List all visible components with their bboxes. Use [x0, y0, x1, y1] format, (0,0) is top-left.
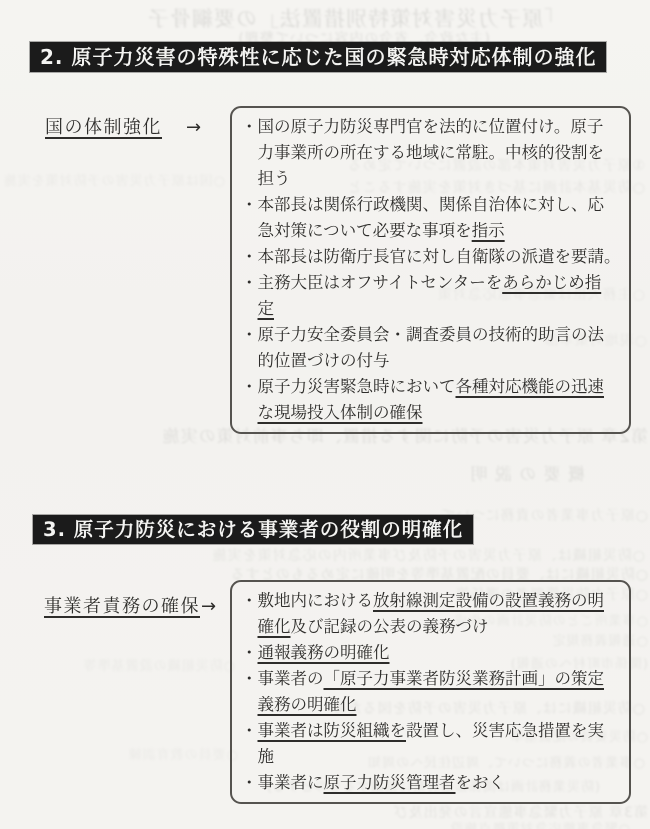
bullet-line: ・事業者の「原子力事業者防災業務計画」の策定	[241, 666, 623, 692]
text-segment: 本部長は関係行政機関、関係自治体に対し、応	[258, 195, 605, 214]
underlined-text: 指示	[472, 221, 505, 240]
underlined-text: 事業者は防災組織を	[258, 721, 407, 740]
bullet-line: ・事業者は防災組織を設置し、災害応急措置を実	[241, 718, 623, 744]
underlined-text: 各種対応機能の迅速	[456, 377, 605, 396]
section-2-heading-bar: 2. 原子力災害の特殊性に応じた国の緊急時対応体制の強化	[30, 42, 606, 72]
text-segment: 主務大臣はオフサイトセンターを	[258, 273, 503, 292]
text-segment: 原子力安全委員会・調査委員の技術的助言の法	[258, 325, 605, 344]
bullet-marker: ・	[241, 325, 258, 344]
text-segment: 事業者の	[258, 669, 324, 688]
bullet-item: ・事業者は防災組織を設置し、災害応急措置を実施	[241, 718, 623, 770]
section-2-side-label: 国の体制強化→	[45, 113, 203, 139]
bullet-line-continued: 担う	[241, 166, 623, 192]
bullet-marker: ・	[241, 195, 258, 214]
bullet-item: ・原子力安全委員会・調査委員の技術的助言の法的位置づけの付与	[241, 322, 623, 374]
bullet-marker: ・	[241, 377, 258, 396]
underlined-text: あらかじめ指	[502, 273, 601, 292]
text-segment: 的位置づけの付与	[258, 351, 390, 370]
bullet-line-continued: 定	[241, 296, 623, 322]
section-2-heading-text: 2. 原子力災害の特殊性に応じた国の緊急時対応体制の強化	[40, 45, 596, 69]
underlined-text: 定	[258, 299, 275, 318]
bullet-item: ・敷地内における放射線測定設備の設置義務の明確化及び記録の公表の義務づけ	[241, 588, 623, 640]
underlined-text: 義務の明確化	[258, 695, 357, 714]
text-segment: 国の原子力防災専門官を法的に位置付け。原子	[258, 117, 604, 136]
bullet-line-continued: な現場投入体制の確保	[241, 400, 623, 426]
bullet-marker: ・	[241, 643, 258, 662]
section-3-side-label: 事業者責務の確保→	[44, 592, 218, 618]
bullet-list: ・敷地内における放射線測定設備の設置義務の明確化及び記録の公表の義務づけ・通報義…	[241, 588, 623, 796]
bullet-line-continued: 的位置づけの付与	[241, 348, 623, 374]
text-segment: 事業者に	[258, 773, 324, 792]
underlined-text: な現場投入体制の確保	[258, 403, 423, 422]
bullet-item: ・事業者の「原子力事業者防災業務計画」の策定義務の明確化	[241, 666, 623, 718]
bullet-line: ・本部長は関係行政機関、関係自治体に対し、応	[241, 192, 623, 218]
bullet-line: ・原子力災害緊急時において各種対応機能の迅速	[241, 374, 623, 400]
side-label-text: 国の体制強化	[45, 117, 162, 138]
document-content: 2. 原子力災害の特殊性に応じた国の緊急時対応体制の強化 国の体制強化→ ・国の…	[0, 0, 650, 829]
underlined-text: 確化	[258, 617, 291, 636]
underlined-text: 放射線測定設備の設置義務の明	[373, 591, 604, 610]
section-2-content-box: ・国の原子力防災専門官を法的に位置付け。原子力事業所の所在する地域に常駐。中核的…	[230, 106, 631, 434]
text-segment: 施	[258, 747, 275, 766]
bullet-line-continued: 施	[241, 744, 623, 770]
text-segment: 原子力災害緊急時において	[258, 377, 456, 396]
bullet-item: ・本部長は防衛庁長官に対し自衛隊の派遣を要請。	[241, 244, 623, 270]
text-segment: 敷地内における	[258, 591, 374, 610]
bullet-line: ・国の原子力防災専門官を法的に位置付け。原子	[241, 114, 623, 140]
text-segment: 急対策について必要な事項を	[258, 221, 472, 240]
text-segment: 本部長は防衛庁長官に対し自衛隊の派遣を要請。	[258, 247, 621, 266]
bullet-marker: ・	[241, 721, 258, 740]
bullet-marker: ・	[241, 247, 258, 266]
text-segment: 力事業所の所在する地域に常駐。中核的役割を	[258, 143, 605, 162]
bullet-line-continued: 義務の明確化	[241, 692, 623, 718]
bullet-item: ・原子力災害緊急時において各種対応機能の迅速な現場投入体制の確保	[241, 374, 623, 426]
underlined-text: 原子力防災管理者	[324, 773, 456, 792]
bullet-list: ・国の原子力防災専門官を法的に位置付け。原子力事業所の所在する地域に常駐。中核的…	[241, 114, 623, 426]
side-label-text: 事業者責務の確保	[44, 596, 200, 617]
text-segment: 担う	[258, 169, 291, 188]
section-3-heading-text: 3. 原子力防災における事業者の役割の明確化	[43, 518, 463, 541]
bullet-item: ・本部長は関係行政機関、関係自治体に対し、応急対策について必要な事項を指示	[241, 192, 623, 244]
section-3-content-box: ・敷地内における放射線測定設備の設置義務の明確化及び記録の公表の義務づけ・通報義…	[230, 580, 631, 804]
section-3-heading-bar: 3. 原子力防災における事業者の役割の明確化	[33, 515, 473, 544]
bullet-marker: ・	[241, 773, 258, 792]
text-segment: をおく	[456, 773, 506, 792]
underlined-text: 「原子力事業者防災業務計画」の策定	[324, 669, 605, 688]
right-arrow-icon: →	[186, 117, 203, 138]
bullet-item: ・国の原子力防災専門官を法的に位置付け。原子力事業所の所在する地域に常駐。中核的…	[241, 114, 623, 192]
bullet-item: ・通報義務の明確化	[241, 640, 623, 666]
bullet-marker: ・	[241, 273, 258, 292]
bullet-line: ・本部長は防衛庁長官に対し自衛隊の派遣を要請。	[241, 244, 623, 270]
bullet-marker: ・	[241, 591, 258, 610]
bullet-item: ・事業者に原子力防災管理者をおく	[241, 770, 623, 796]
bullet-line-continued: 急対策について必要な事項を指示	[241, 218, 623, 244]
bullet-line: ・敷地内における放射線測定設備の設置義務の明	[241, 588, 623, 614]
bullet-line: ・通報義務の明確化	[241, 640, 623, 666]
bullet-item: ・主務大臣はオフサイトセンターをあらかじめ指定	[241, 270, 623, 322]
right-arrow-icon: →	[201, 596, 218, 617]
text-segment: 設置し、災害応急措置を実	[406, 721, 604, 740]
underlined-text: 通報義務の明確化	[258, 643, 390, 662]
bullet-line-continued: 力事業所の所在する地域に常駐。中核的役割を	[241, 140, 623, 166]
bullet-line-continued: 確化及び記録の公表の義務づけ	[241, 614, 623, 640]
bullet-line: ・主務大臣はオフサイトセンターをあらかじめ指	[241, 270, 623, 296]
bullet-line: ・事業者に原子力防災管理者をおく	[241, 770, 623, 796]
bullet-marker: ・	[241, 669, 258, 688]
bullet-marker: ・	[241, 117, 258, 136]
scanned-document-page: 「原子力災害対策特別措置法」の要綱骨子(主な政令、省令の内容について整理)①原子…	[0, 0, 650, 829]
text-segment: 及び記録の公表の義務づけ	[291, 617, 489, 636]
bullet-line: ・原子力安全委員会・調査委員の技術的助言の法	[241, 322, 623, 348]
